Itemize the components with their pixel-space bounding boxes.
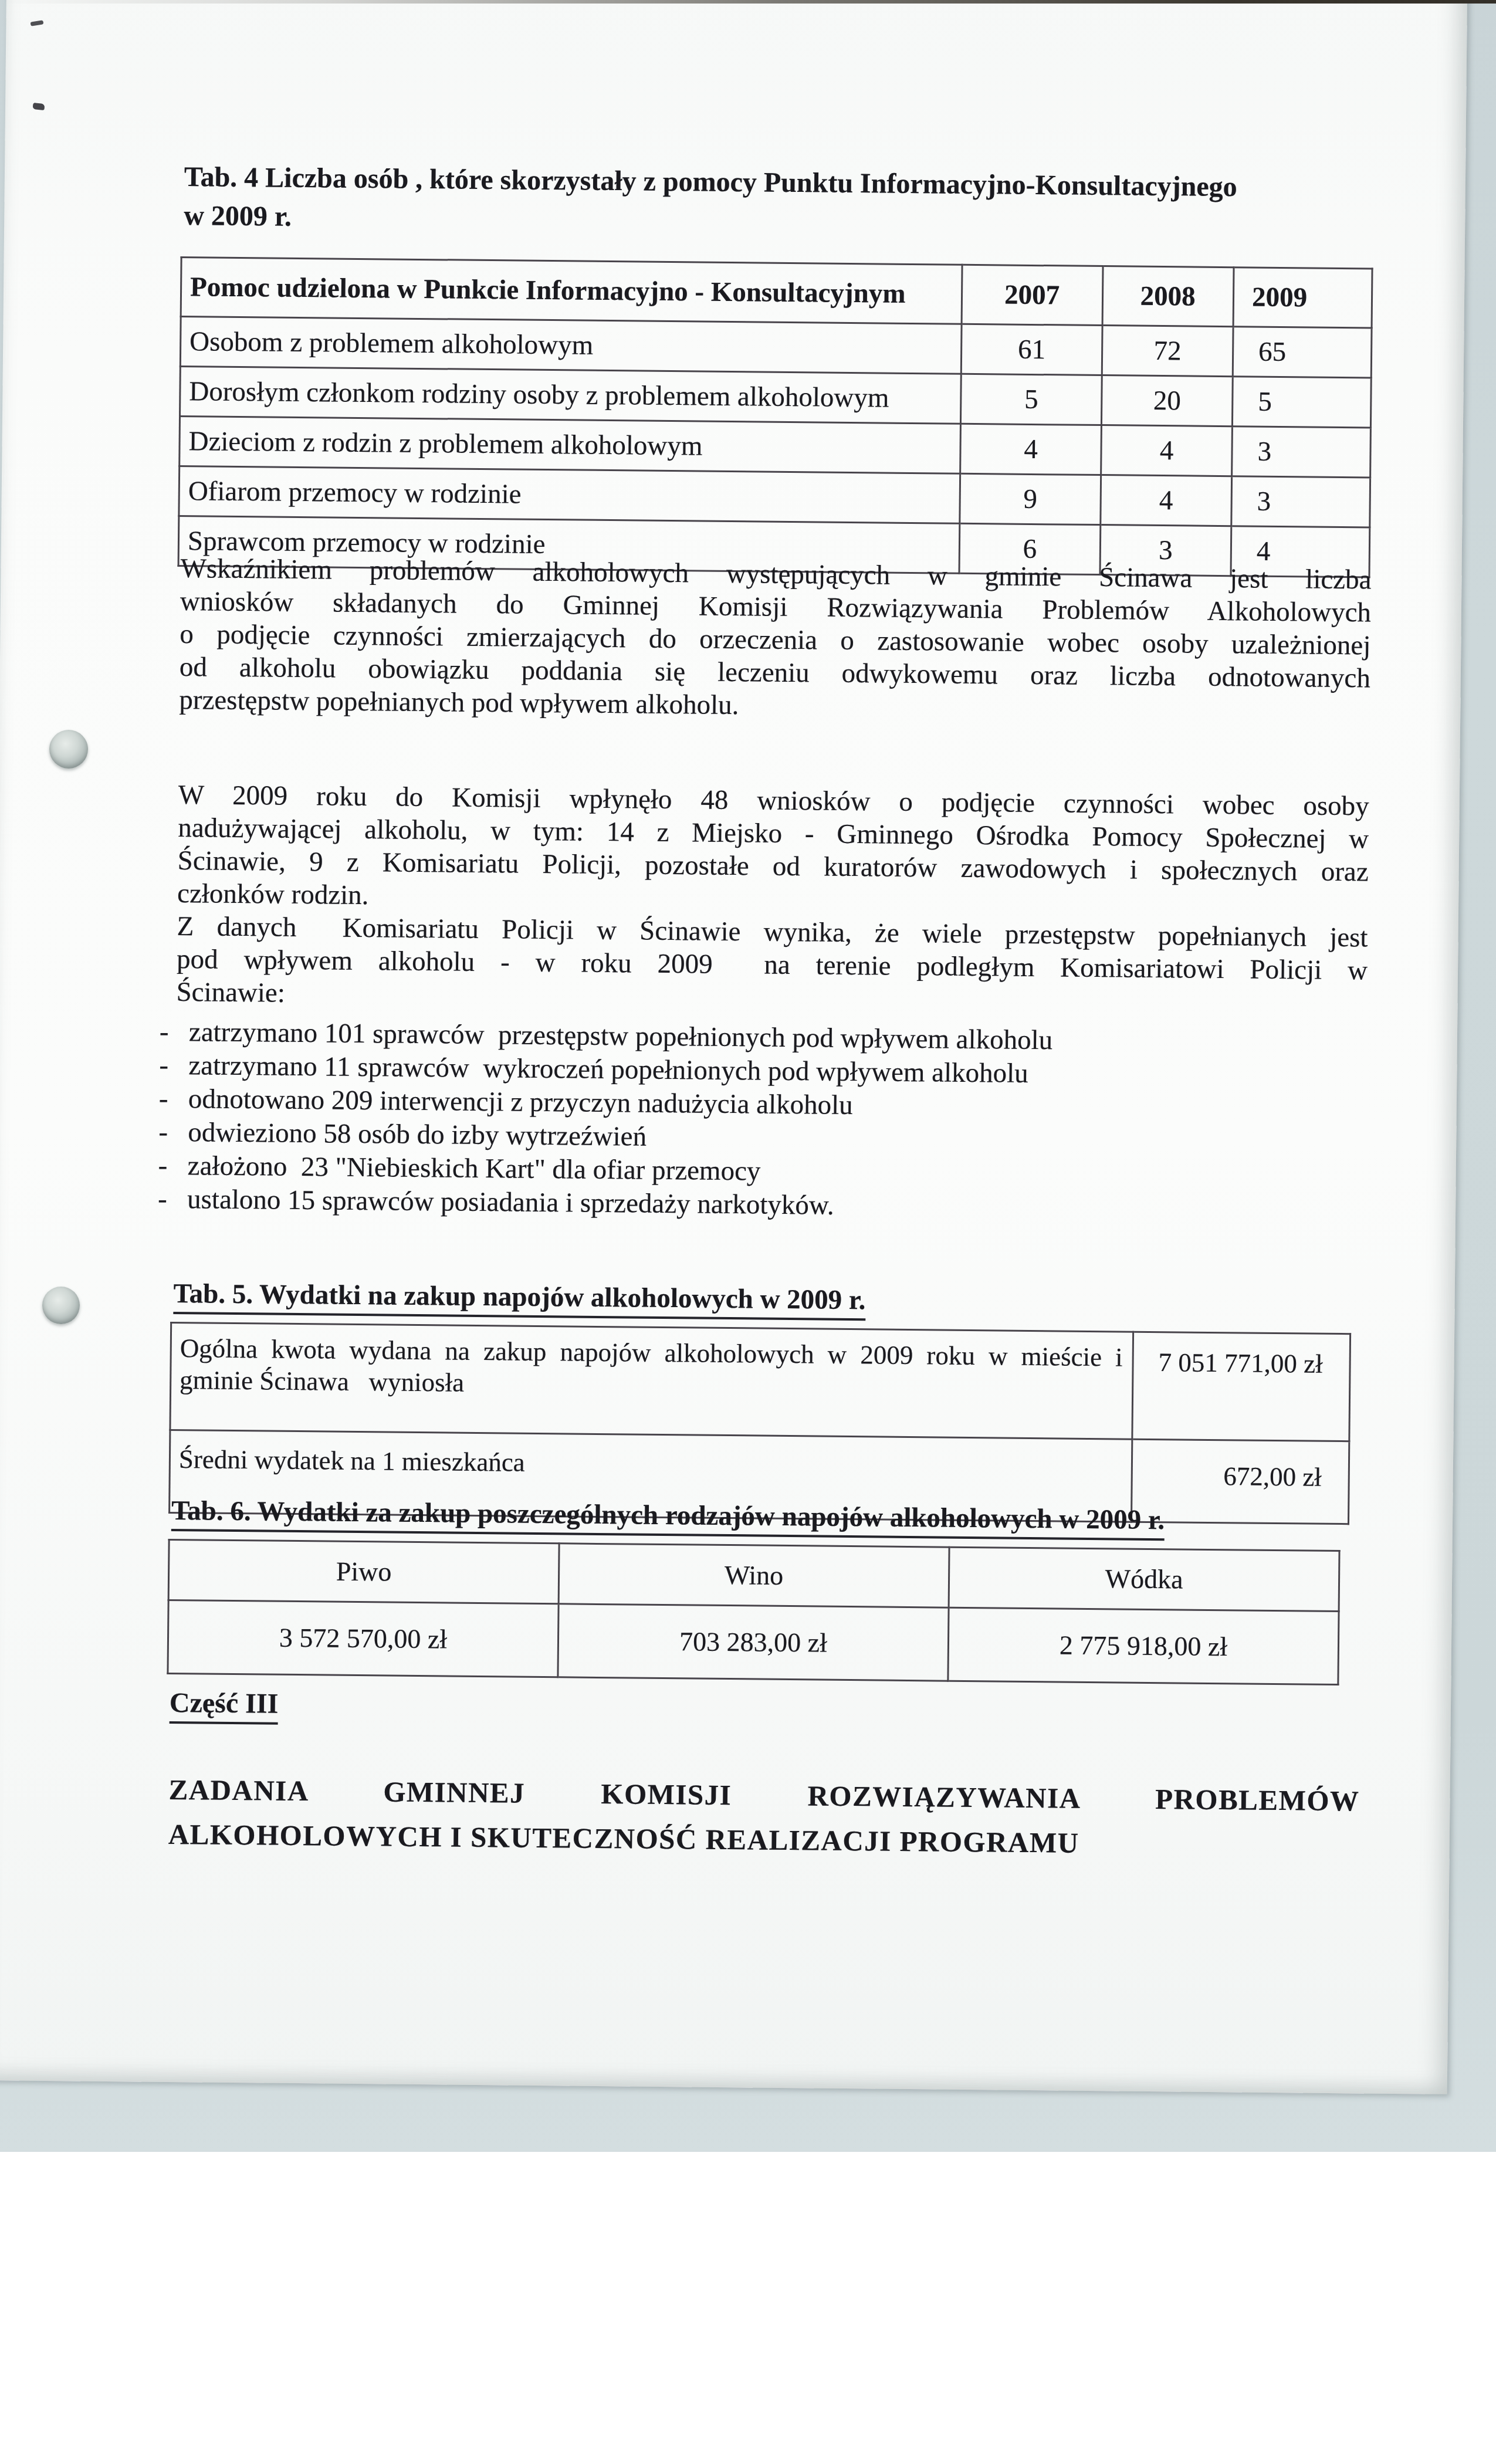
paper-sheet: Tab. 4 Liczba osób , które skorzystały z… (0, 0, 1467, 2094)
tab4-cell: 5 (960, 374, 1102, 425)
document-content: Tab. 4 Liczba osób , które skorzystały z… (0, 0, 1496, 2094)
tab4-row-label: Dzieciom z rodzin z problemem alkoholowy… (180, 417, 961, 474)
tab4-cell: 65 (1233, 327, 1372, 378)
tab5-row1-value: 7 051 771,00 zł (1132, 1332, 1351, 1441)
tab4-cell: 61 (961, 324, 1102, 375)
tab6-header-wino: Wino (559, 1544, 949, 1607)
tab6-value-wino: 703 283,00 zł (558, 1604, 949, 1681)
program-title: ZADANIA GMINNEJ KOMISJI ROZWIĄZYWANIA PR… (168, 1768, 1359, 1868)
hole-punch-top (49, 730, 88, 769)
tab6-header-wodka: Wódka (949, 1547, 1339, 1611)
part3-heading: Część III (170, 1687, 279, 1725)
bullet-dash: - (159, 1049, 189, 1082)
tab4-header-label: Pomoc udzielona w Punkcie Informacyjno -… (181, 258, 962, 324)
paragraph-2: W 2009 roku do Komisji wpłynęło 48 wnios… (177, 779, 1369, 921)
tab6-value-wodka: 2 775 918,00 zł (948, 1607, 1339, 1684)
tab4-cell: 4 (1101, 425, 1233, 476)
bullet-dash: - (158, 1116, 188, 1149)
tab6-value-piwo: 3 572 570,00 zł (168, 1600, 559, 1677)
tab4-header-year-2007: 2007 (962, 265, 1103, 325)
tab4-table: Pomoc udzielona w Punkcie Informacyjno -… (178, 256, 1373, 578)
tab4-cell: 5 (1232, 377, 1371, 428)
tab4-cell: 20 (1101, 375, 1233, 427)
bullet-text: założono 23 "Niebieskich Kart" dla ofiar… (187, 1149, 760, 1187)
paragraph-1: Wskaźnikiem problemów alkoholowych wystę… (179, 552, 1372, 727)
table-row: 3 572 570,00 zł 703 283,00 zł 2 775 918,… (168, 1600, 1339, 1684)
bullet-text: odnotowano 209 interwencji z przyczyn na… (188, 1082, 853, 1122)
tab4-header-row: Pomoc udzielona w Punkcie Informacyjno -… (181, 258, 1372, 328)
tab5-title: Tab. 5. Wydatki na zakup napojów alkohol… (173, 1277, 865, 1321)
pen-mark-2 (32, 103, 45, 110)
tab4-row-label: Dorosłym członkom rodziny osoby z proble… (180, 367, 962, 424)
bullet-dash: - (158, 1183, 188, 1216)
tab6-header-piwo: Piwo (168, 1539, 559, 1603)
table-row: Ogólna kwota wydana na zakup napojów alk… (170, 1322, 1351, 1441)
tab4-title: Tab. 4 Liczba osób , które skorzystały z… (184, 158, 1381, 247)
bullet-dash: - (159, 1082, 189, 1115)
tab6-header-row: Piwo Wino Wódka (168, 1539, 1339, 1611)
paragraph-3: Z danych Komisariatu Policji w Ścinawie … (176, 910, 1368, 1020)
tab4-cell: 72 (1102, 326, 1233, 377)
tab4-cell: 4 (960, 424, 1102, 475)
bullet-text: odwieziono 58 osób do izby wytrzeźwień (188, 1116, 647, 1153)
tab4-cell: 9 (960, 473, 1101, 524)
tab4-cell: 3 (1231, 476, 1370, 527)
tab5-table: Ogólna kwota wydana na zakup napojów alk… (168, 1322, 1351, 1525)
tab4-header-year-2009: 2009 (1233, 268, 1372, 328)
page-background: Tab. 4 Liczba osób , które skorzystały z… (0, 0, 1496, 2464)
tab4-row-label: Ofiarom przemocy w rodzinie (179, 466, 960, 523)
tab4-header-year-2008: 2008 (1102, 266, 1234, 327)
tab6-table: Piwo Wino Wódka 3 572 570,00 zł 703 283,… (167, 1539, 1340, 1685)
bullet-text: ustalono 15 sprawców posiadania i sprzed… (187, 1183, 834, 1222)
bullet-dash: - (160, 1016, 189, 1048)
bullet-dash: - (158, 1149, 188, 1182)
tab5-row1-label: Ogólna kwota wydana na zakup napojów alk… (170, 1322, 1133, 1439)
bullet-list: - zatrzymano 101 sprawców przestępstw po… (158, 1016, 1368, 1228)
top-edge-shadow (0, 0, 1496, 4)
tab4-cell: 4 (1101, 475, 1232, 526)
tab4-cell: 3 (1232, 427, 1371, 478)
hole-punch-bottom (42, 1287, 80, 1324)
tab4-row-label: Osobom z problemem alkoholowym (180, 317, 962, 374)
